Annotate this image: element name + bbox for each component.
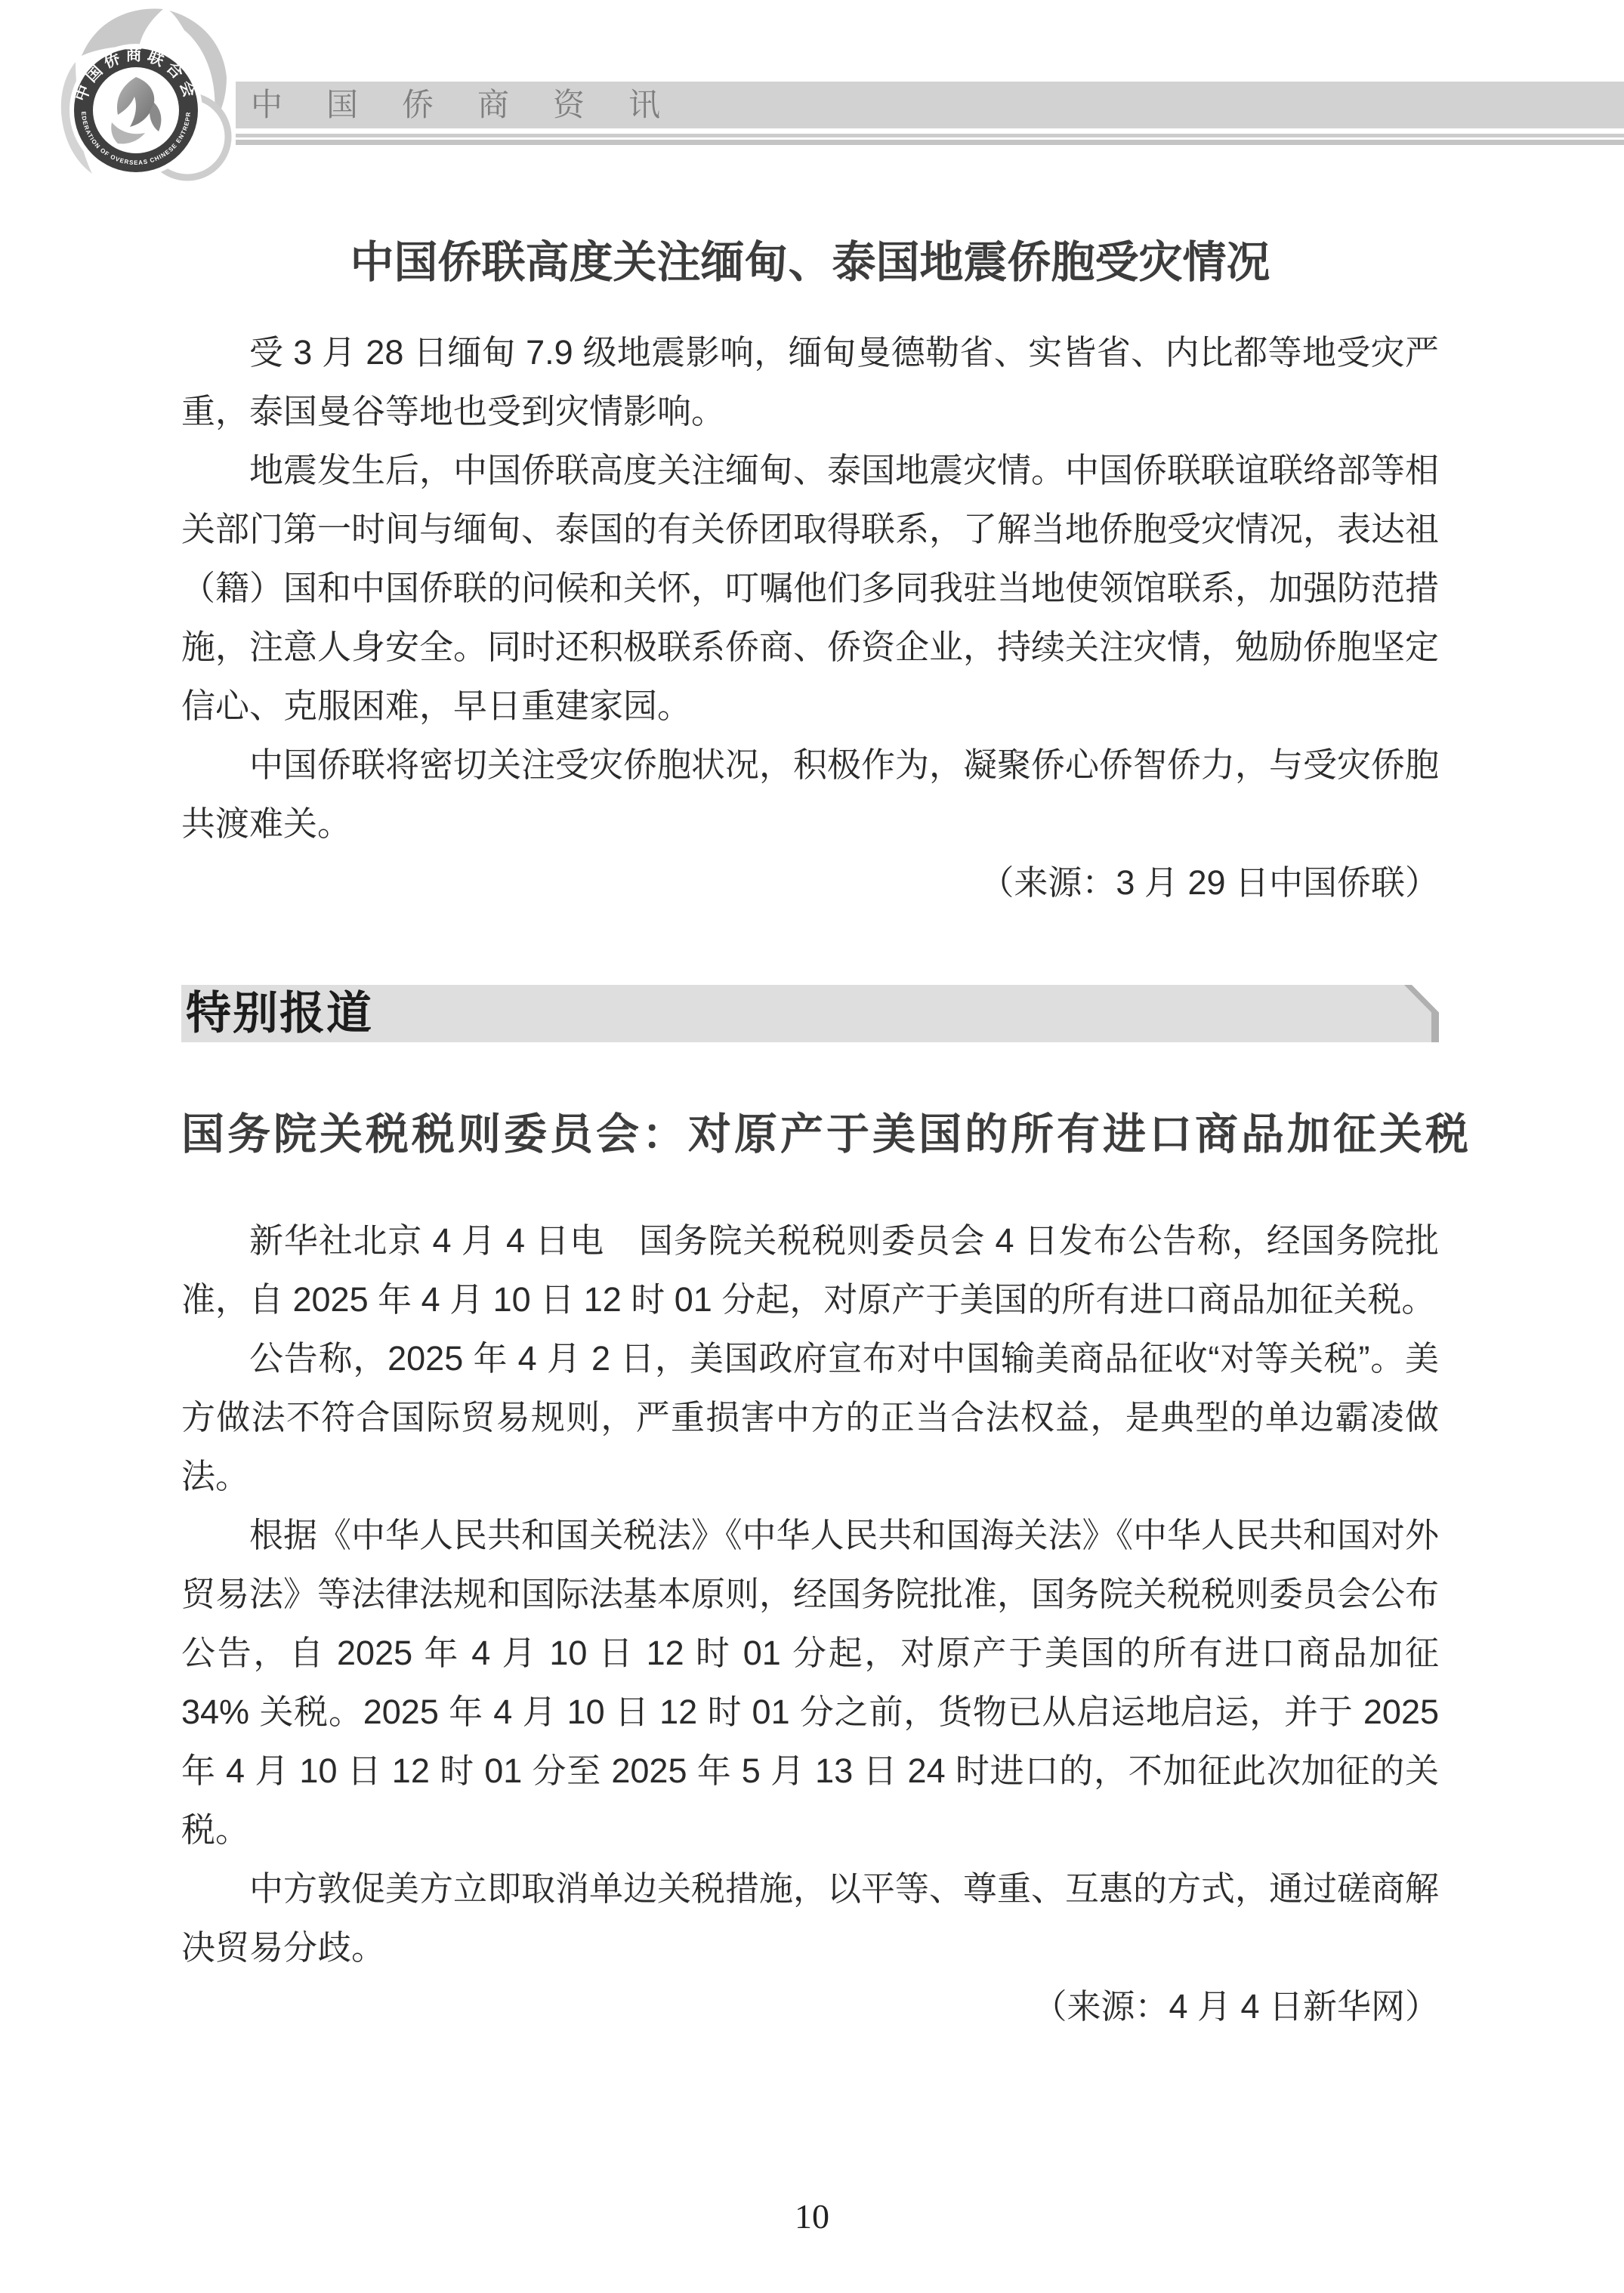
article1-paragraph: 中国侨联将密切关注受灾侨胞状况，积极作为，凝聚侨心侨智侨力，与受灾侨胞共渡难关。 bbox=[181, 736, 1439, 853]
article1-source: （来源：3 月 29 日中国侨联） bbox=[181, 853, 1439, 912]
article1-title: 中国侨联高度关注缅甸、泰国地震侨胞受灾情况 bbox=[181, 236, 1439, 290]
document-page: 中国侨商资讯 bbox=[0, 0, 1624, 2293]
article2-source: （来源：4 月 4 日新华网） bbox=[181, 1977, 1439, 2036]
page-number: 10 bbox=[0, 2196, 1624, 2236]
article2-paragraph: 中方敦促美方立即取消单边关税措施，以平等、尊重、互惠的方式，通过磋商解决贸易分歧… bbox=[181, 1859, 1439, 1977]
article2-paragraph: 根据《中华人民共和国关税法》《中华人民共和国海关法》《中华人民共和国对外贸易法》… bbox=[181, 1506, 1439, 1859]
section-label: 特别报道 bbox=[181, 985, 373, 1042]
content-column: 中国侨联高度关注缅甸、泰国地震侨胞受灾情况 受 3 月 28 日缅甸 7.9 级… bbox=[181, 0, 1439, 2036]
article1-paragraph: 受 3 月 28 日缅甸 7.9 级地震影响，缅甸曼德勒省、实皆省、内比都等地受… bbox=[181, 323, 1439, 441]
section-header-bar: 特别报道 bbox=[181, 985, 1439, 1042]
article1-paragraph: 地震发生后，中国侨联高度关注缅甸、泰国地震灾情。中国侨联联谊联络部等相关部门第一… bbox=[181, 441, 1439, 736]
article2-paragraph: 新华社北京 4 月 4 日电 国务院关税税则委员会 4 日发布公告称，经国务院批… bbox=[181, 1211, 1439, 1329]
article2-paragraph: 公告称，2025 年 4 月 2 日，美国政府宣布对中国输美商品征收“对等关税”… bbox=[181, 1329, 1439, 1506]
article2-title: 国务院关税税则委员会：对原产于美国的所有进口商品加征关税 bbox=[181, 1107, 1439, 1162]
